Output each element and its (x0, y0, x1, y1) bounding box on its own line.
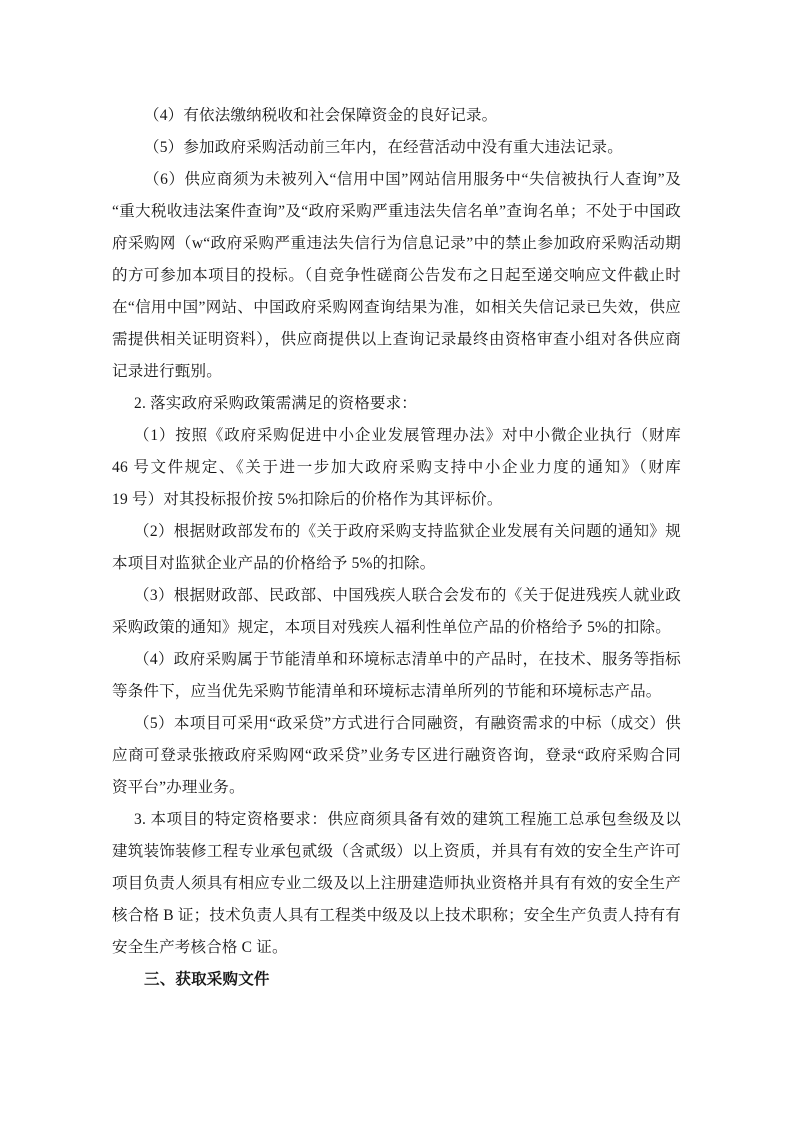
text-line: （5）参加政府采购活动前三年内，在经营活动中没有重大违法记录。 (112, 132, 681, 164)
text-line: 2. 落实政府采购政策需满足的资格要求： (112, 388, 681, 420)
text-line: 应商可登录张掖政府采购网“政采贷”业务专区进行融资咨询，登录“政府采购合同融 (112, 740, 681, 772)
text-line: 本项目对监狱企业产品的价格给予 5%的扣除。 (112, 548, 681, 580)
text-line: 安全生产考核合格 C 证。 (112, 932, 681, 964)
paragraph: （3）根据财政部、民政部、中国残疾人联合会发布的《关于促进残疾人就业政府采购政策… (112, 580, 681, 644)
text-line: 19 号）对其投标报价按 5%扣除后的价格作为其评标价。 (112, 484, 681, 516)
text-line: 3. 本项目的特定资格要求：供应商须具备有效的建筑工程施工总承包叁级及以上或 (112, 804, 681, 836)
paragraph: （1）按照《政府采购促进中小企业发展管理办法》对中小微企业执行（财库〔2020〕… (112, 420, 681, 516)
text-line: （1）按照《政府采购促进中小企业发展管理办法》对中小微企业执行（财库〔2020〕 (112, 420, 681, 452)
text-line: 的方可参加本项目的投标。（自竞争性磋商公告发布之日起至递交响应文件截止时间前 (112, 260, 681, 292)
text-line: 46 号文件规定、《关于进一步加大政府采购支持中小企业力度的通知》（财库（202… (112, 452, 681, 484)
text-line: 府采购网（w“政府采购严重违法失信行为信息记录”中的禁止参加政府采购活动期间 (112, 228, 681, 260)
text-line: 记录进行甄别。 (112, 356, 681, 388)
text-line: “重大税收违法案件查询”及“政府采购严重违法失信名单”查询名单；不处于中国政 (112, 196, 681, 228)
text-line: （2）根据财政部发布的《关于政府采购支持监狱企业发展有关问题的通知》规定， (112, 516, 681, 548)
paragraph: （5）本项目可采用“政采贷”方式进行合同融资，有融资需求的中标（成交）供应商可登… (112, 708, 681, 804)
text-line: （4）政府采购属于节能清单和环境标志清单中的产品时，在技术、服务等指标同 (112, 644, 681, 676)
text-line: 需提供相关证明资料），供应商提供以上查询记录最终由资格审查小组对各供应商信用 (112, 324, 681, 356)
text-line: 三、获取采购文件 (112, 964, 681, 996)
document-page: （4）有依法缴纳税收和社会保障资金的良好记录。（5）参加政府采购活动前三年内，在… (0, 0, 793, 1122)
text-line: 项目负责人须具有相应专业二级及以上注册建造师执业资格并具有有效的安全生产考 (112, 868, 681, 900)
text-line: 资平台”办理业务。 (112, 772, 681, 804)
text-line: 等条件下，应当优先采购节能清单和环境标志清单所列的节能和环境标志产品。 (112, 676, 681, 708)
paragraph: （4）政府采购属于节能清单和环境标志清单中的产品时，在技术、服务等指标同等条件下… (112, 644, 681, 708)
paragraph: （5）参加政府采购活动前三年内，在经营活动中没有重大违法记录。 (112, 132, 681, 164)
paragraph: （2）根据财政部发布的《关于政府采购支持监狱企业发展有关问题的通知》规定，本项目… (112, 516, 681, 580)
text-line: 采购政策的通知》规定，本项目对残疾人福利性单位产品的价格给予 5%的扣除。 (112, 612, 681, 644)
text-line: （5）本项目可采用“政采贷”方式进行合同融资，有融资需求的中标（成交）供 (112, 708, 681, 740)
document-body: （4）有依法缴纳税收和社会保障资金的良好记录。（5）参加政府采购活动前三年内，在… (112, 100, 681, 996)
text-line: 建筑装饰装修工程专业承包贰级（含贰级）以上资质，并具有有效的安全生产许可证； (112, 836, 681, 868)
text-line: （4）有依法缴纳税收和社会保障资金的良好记录。 (112, 100, 681, 132)
text-line: 在“信用中国”网站、中国政府采购网查询结果为准，如相关失信记录已失效，供应商 (112, 292, 681, 324)
paragraph: 2. 落实政府采购政策需满足的资格要求： (112, 388, 681, 420)
text-line: （3）根据财政部、民政部、中国残疾人联合会发布的《关于促进残疾人就业政府 (112, 580, 681, 612)
paragraph: （6）供应商须为未被列入“信用中国”网站信用服务中“失信被执行人查询”及“重大税… (112, 164, 681, 388)
paragraph: （4）有依法缴纳税收和社会保障资金的良好记录。 (112, 100, 681, 132)
section-heading: 三、获取采购文件 (112, 964, 681, 996)
paragraph: 3. 本项目的特定资格要求：供应商须具备有效的建筑工程施工总承包叁级及以上或建筑… (112, 804, 681, 964)
text-line: 核合格 B 证；技术负责人具有工程类中级及以上技术职称；安全生产负责人持有有效的 (112, 900, 681, 932)
text-line: （6）供应商须为未被列入“信用中国”网站信用服务中“失信被执行人查询”及 (112, 164, 681, 196)
